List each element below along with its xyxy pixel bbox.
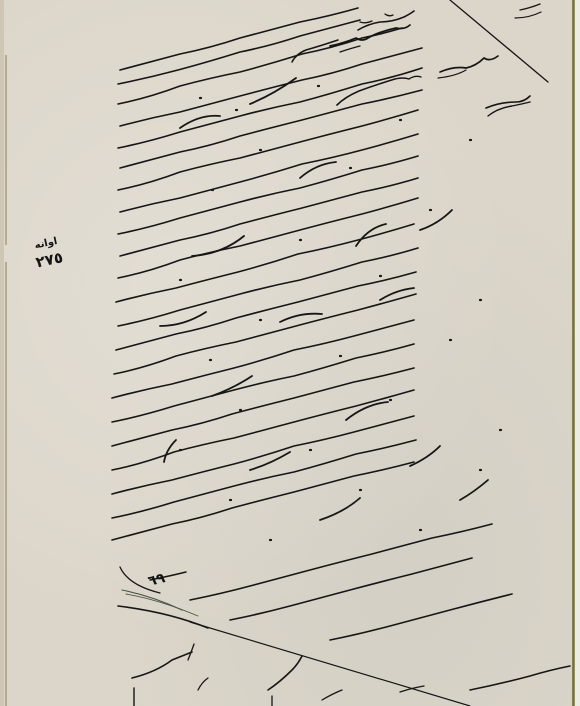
manuscript-page: اوانه ٢٧٥ ٦٩ [0,0,580,706]
handwritten-text-body [0,0,580,706]
